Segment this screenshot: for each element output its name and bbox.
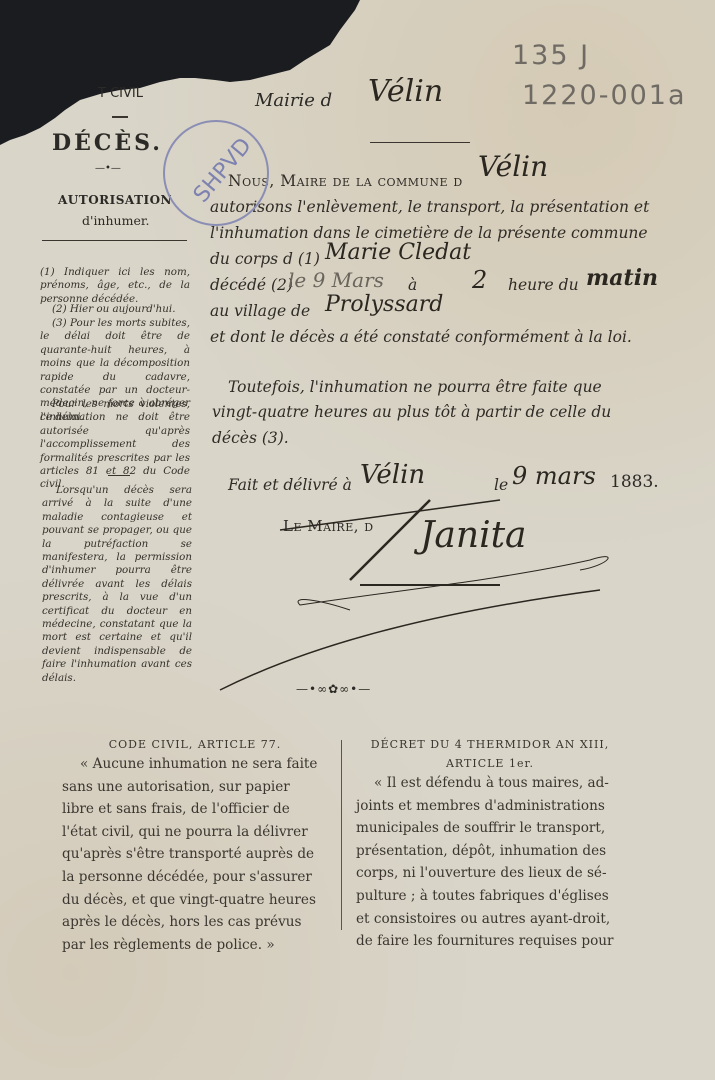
torn-corner xyxy=(0,0,715,160)
subtitle-main: AUTORISATION xyxy=(58,193,172,207)
signature-flourish xyxy=(200,490,660,710)
article-line: par les règlements de police. » xyxy=(62,934,322,957)
section-fragment: T CIVIL xyxy=(98,86,143,101)
done-place-handwritten: Vélin xyxy=(360,460,425,490)
article-line: corps, ni l'ouverture des lieux de sé- xyxy=(356,862,618,885)
note-2: (2) Hier ou aujourd'hui. xyxy=(52,303,192,316)
article-line: présentation, dépôt, inhumation des xyxy=(356,840,618,863)
note-1: (1) Indiquer ici les nom, prénoms, âge, … xyxy=(40,266,190,306)
para2-line-3: décès (3). xyxy=(212,429,289,447)
deceased-name-handwritten: Marie Cledat xyxy=(325,240,471,265)
death-period-handwritten: matin xyxy=(586,265,658,291)
note-4: Pour les morts violentes, l'inhumation n… xyxy=(40,398,190,492)
divider xyxy=(42,240,187,241)
left-article-body: « Aucune inhumation ne sera faite sans u… xyxy=(62,753,322,956)
form-line-2: autorisons l'enlèvement, le transport, l… xyxy=(210,198,649,216)
article-line: « Il est défendu à tous maires, ad- xyxy=(356,772,618,795)
form-line-5: décédé (2) xyxy=(210,276,293,294)
village-handwritten: Prolyssard xyxy=(325,292,443,317)
death-hour-handwritten: 2 xyxy=(472,266,487,294)
note-5: Lorsqu'un décès sera arrivé à la suite d… xyxy=(42,484,192,685)
article-line: municipales de souffrir le transport, xyxy=(356,817,618,840)
article-line: l'état civil, qui ne pourra la délivrer xyxy=(62,821,322,844)
article-line: libre et sans frais, de l'officier de xyxy=(62,798,322,821)
article-line: et consistoires ou autres ayant-droit, xyxy=(356,908,618,931)
done-date-handwritten: 9 mars xyxy=(512,462,596,490)
archive-stamp: SHPVD xyxy=(163,120,269,226)
article-line: joints et membres d'administrations xyxy=(356,795,618,818)
done-year: 1883. xyxy=(610,472,659,492)
article-line: « Aucune inhumation ne sera faite xyxy=(62,753,322,776)
ornament-small: —•— xyxy=(95,163,121,174)
stamp-text: SHPVD xyxy=(189,133,257,207)
para2-line-1: Toutefois, l'inhumation ne pourra être f… xyxy=(228,378,602,396)
article-line: pulture ; à toutes fabriques d'églises xyxy=(356,885,618,908)
article-line: sans une autorisation, sur papier xyxy=(62,776,322,799)
right-article-heading-2: ARTICLE 1er. xyxy=(355,757,625,770)
form-line-6: au village de xyxy=(210,302,310,320)
article-line: qu'après s'être transporté auprès de xyxy=(62,843,322,866)
article-line: la personne décédée, pour s'assurer xyxy=(62,866,322,889)
right-article-body: « Il est défendu à tous maires, ad- join… xyxy=(356,772,618,953)
article-line: de faire les fournitures requises pour xyxy=(356,930,618,953)
death-date-handwritten: le 9 Mars xyxy=(288,268,384,292)
form-line-4: du corps d (1) xyxy=(210,250,320,268)
para2-line-2: vingt-quatre heures au plus tôt à partir… xyxy=(212,403,611,421)
article-line: du décès, et que vingt-quatre heures xyxy=(62,889,322,912)
ornament-divider: —•∞✿∞•— xyxy=(296,682,371,696)
article-line: après le décès, hors les cas prévus xyxy=(62,911,322,934)
divider xyxy=(108,475,130,476)
document-page: SHPVD T CIVIL DÉCÈS. —•— AUTORISATION d'… xyxy=(0,0,715,1080)
right-article-heading-1: DÉCRET DU 4 THERMIDOR AN XIII, xyxy=(355,738,625,751)
form-hour-label: heure du xyxy=(508,276,579,294)
subtitle-sub: d'inhumer. xyxy=(82,213,149,228)
form-line-7: et dont le décès a été constaté conformé… xyxy=(210,328,632,346)
left-article-heading: CODE CIVIL, ARTICLE 77. xyxy=(60,738,330,751)
column-divider xyxy=(341,740,342,930)
